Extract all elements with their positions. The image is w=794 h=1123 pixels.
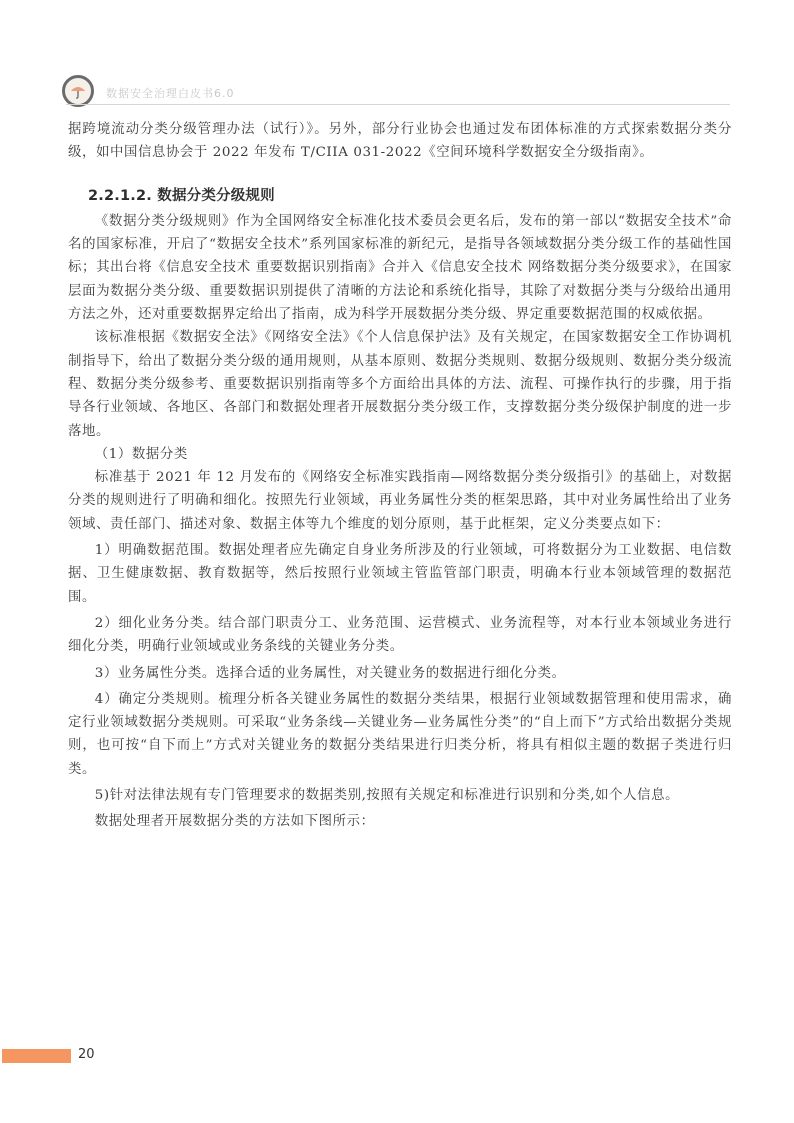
header-title: 数据安全治理白皮书6.0 [106, 85, 235, 101]
section-heading: 2.2.1.2. 数据分类分级规则 [88, 185, 732, 208]
list-item: 1）明确数据范围。数据处理者应先确定自身业务所涉及的行业领域，可将数据分为工业数… [68, 539, 732, 609]
umbrella-icon [69, 82, 87, 100]
section-paragraph: 《数据分类分级规则》作为全国网络安全标准化技术委员会更名后，发布的第一部以“数据… [68, 210, 732, 326]
footer-accent-bar [2, 1049, 71, 1063]
subheading: （1）数据分类 [68, 443, 732, 466]
list-item: 5)针对法律法规有专门管理要求的数据类别,按照有关规定和标准进行识别和分类,如个… [68, 784, 732, 807]
intro-paragraph: 据跨境流动分类分级管理办法（试行）》。另外，部分行业协会也通过发布团体标准的方式… [68, 118, 732, 165]
page-number: 20 [78, 1047, 95, 1062]
umbrella-shield-icon [62, 75, 94, 107]
list-item: 2）细化业务分类。结合部门职责分工、业务范围、运营模式、业务流程等，对本行业本领… [68, 612, 732, 659]
page-content: 据跨境流动分类分级管理办法（试行）》。另外，部分行业协会也通过发布团体标准的方式… [68, 118, 732, 834]
sub-intro-paragraph: 标准基于 2021 年 12 月发布的《网络安全标准实践指南—网络数据分类分级指… [68, 466, 732, 536]
header-divider [66, 104, 730, 105]
list-item: 4）确定分类规则。梳理分析各关键业务属性的数据分类结果，根据行业领域数据管理和使… [68, 688, 732, 781]
section-paragraph: 该标准根据《数据安全法》《网络安全法》《个人信息保护法》及有关规定，在国家数据安… [68, 326, 732, 442]
list-item: 3）业务属性分类。选择合适的业务属性，对关键业务的数据进行细化分类。 [68, 662, 732, 685]
closing-paragraph: 数据处理者开展数据分类的方法如下图所示： [68, 810, 732, 833]
